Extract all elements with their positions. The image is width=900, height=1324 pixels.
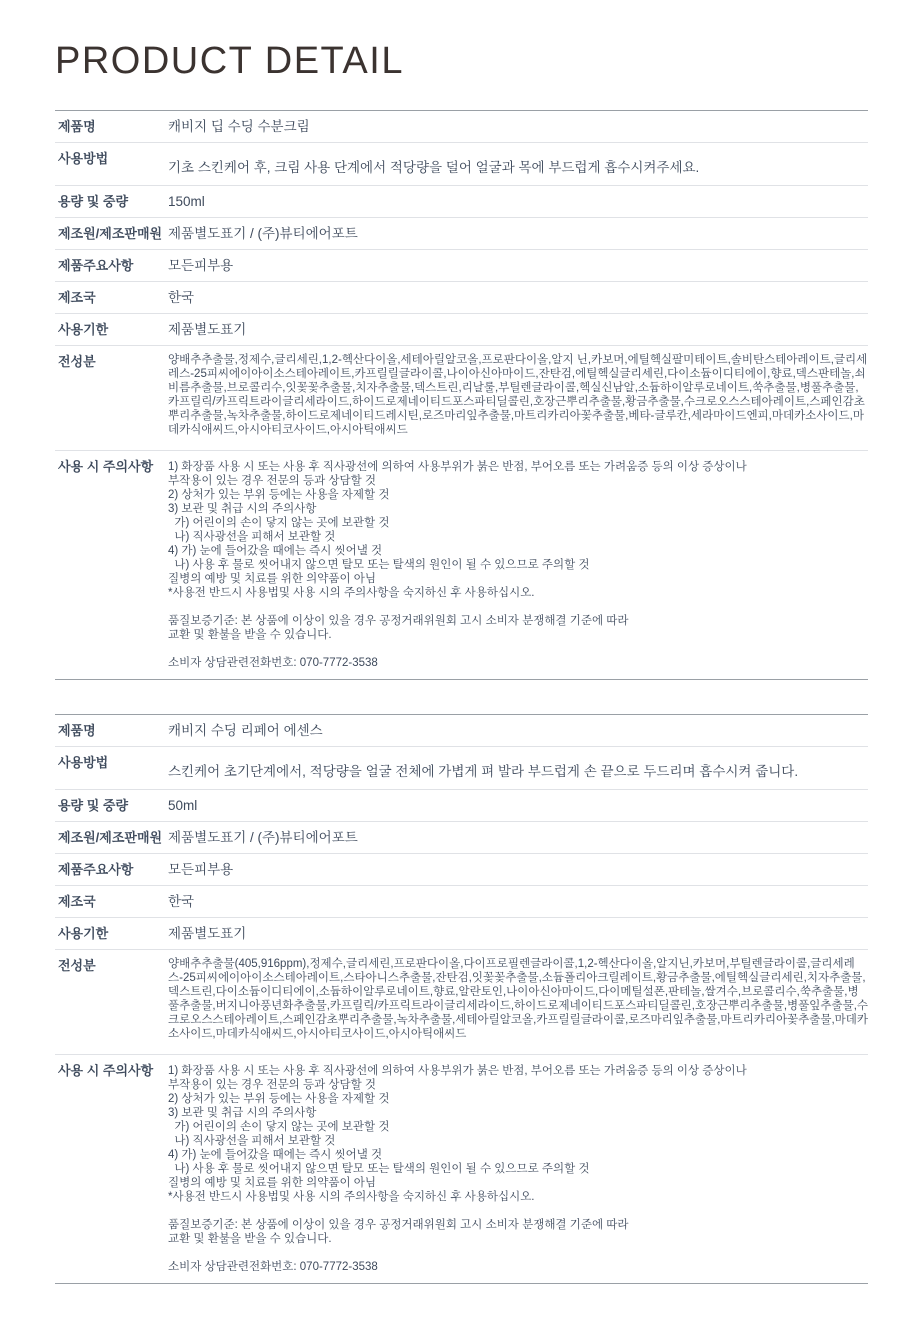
spec-row-value: 제품별도표기 / (주)뷰티에어포트	[168, 218, 868, 249]
product-spec-table: 제품명캐비지 딥 수딩 수분크림사용방법기초 스킨케어 후, 크림 사용 단계에…	[55, 110, 868, 680]
spec-row-value: 제품별도표기	[168, 918, 868, 949]
spec-row-value: 150ml	[168, 186, 868, 217]
spec-row: 용량 및 중량150ml	[55, 186, 868, 218]
spec-row: 제품명캐비지 딥 수딩 수분크림	[55, 111, 868, 143]
spec-row: 제품주요사항모든피부용	[55, 250, 868, 282]
spec-row-value: 50ml	[168, 790, 868, 821]
spec-row: 사용 시 주의사항1) 화장품 사용 시 또는 사용 후 직사광선에 의하여 사…	[55, 451, 868, 679]
spec-row-label: 사용기한	[55, 918, 168, 949]
spec-row-label: 용량 및 중량	[55, 790, 168, 821]
page-title: PRODUCT DETAIL	[55, 40, 868, 83]
spec-row-label: 제품주요사항	[55, 854, 168, 885]
spec-row-value: 양배추추출물,정제수,글리세린,1,2-헥산다이올,세테아릴알코올,프로판다이올…	[168, 346, 868, 450]
spec-row-value: 제품별도표기 / (주)뷰티에어포트	[168, 822, 868, 853]
spec-row: 사용기한제품별도표기	[55, 918, 868, 950]
spec-row-label: 제품명	[55, 715, 168, 746]
spec-row-value: 한국	[168, 282, 868, 313]
spec-row: 사용 시 주의사항1) 화장품 사용 시 또는 사용 후 직사광선에 의하여 사…	[55, 1055, 868, 1283]
spec-row-value: 1) 화장품 사용 시 또는 사용 후 직사광선에 의하여 사용부위가 붉은 반…	[168, 1055, 868, 1283]
product-spec-table: 제품명캐비지 수딩 리페어 에센스사용방법스킨케어 초기단계에서, 적당량을 얼…	[55, 714, 868, 1284]
spec-row-value: 모든피부용	[168, 854, 868, 885]
spec-row-value: 스킨케어 초기단계에서, 적당량을 얼굴 전체에 가볍게 펴 발라 부드럽게 손…	[168, 747, 868, 789]
spec-row-value: 캐비지 수딩 리페어 에센스	[168, 715, 868, 746]
spec-row: 제품명캐비지 수딩 리페어 에센스	[55, 715, 868, 747]
spec-row: 용량 및 중량50ml	[55, 790, 868, 822]
spec-row-value: 제품별도표기	[168, 314, 868, 345]
spec-row: 사용기한제품별도표기	[55, 314, 868, 346]
spec-row: 사용방법스킨케어 초기단계에서, 적당량을 얼굴 전체에 가볍게 펴 발라 부드…	[55, 747, 868, 790]
spec-row-label: 사용방법	[55, 747, 168, 789]
spec-row-label: 전성분	[55, 346, 168, 450]
spec-row: 제조국한국	[55, 282, 868, 314]
spec-row-label: 제품명	[55, 111, 168, 142]
spec-row: 제조국한국	[55, 886, 868, 918]
spec-row: 제조원/제조판매원제품별도표기 / (주)뷰티에어포트	[55, 218, 868, 250]
spec-row: 사용방법기초 스킨케어 후, 크림 사용 단계에서 적당량을 덜어 얼굴과 목에…	[55, 143, 868, 186]
spec-row-label: 용량 및 중량	[55, 186, 168, 217]
spec-row-label: 제조국	[55, 282, 168, 313]
spec-row-label: 사용 시 주의사항	[55, 451, 168, 679]
product-spec-tables: 제품명캐비지 딥 수딩 수분크림사용방법기초 스킨케어 후, 크림 사용 단계에…	[55, 110, 868, 1284]
spec-row-label: 제품주요사항	[55, 250, 168, 281]
spec-row-label: 사용 시 주의사항	[55, 1055, 168, 1283]
spec-row-label: 제조국	[55, 886, 168, 917]
spec-row-label: 제조원/제조판매원	[55, 218, 168, 249]
spec-row-value: 한국	[168, 886, 868, 917]
product-detail-page: PRODUCT DETAIL 제품명캐비지 딥 수딩 수분크림사용방법기초 스킨…	[0, 0, 900, 1324]
spec-row-label: 사용방법	[55, 143, 168, 185]
spec-row: 전성분양배추추출물(405,916ppm),정제수,글리세린,프로판다이올,다이…	[55, 950, 868, 1055]
spec-row: 제조원/제조판매원제품별도표기 / (주)뷰티에어포트	[55, 822, 868, 854]
spec-row-value: 기초 스킨케어 후, 크림 사용 단계에서 적당량을 덜어 얼굴과 목에 부드럽…	[168, 143, 868, 185]
spec-row-value: 양배추추출물(405,916ppm),정제수,글리세린,프로판다이올,다이프로필…	[168, 950, 868, 1054]
spec-row-label: 전성분	[55, 950, 168, 1054]
spec-row-value: 1) 화장품 사용 시 또는 사용 후 직사광선에 의하여 사용부위가 붉은 반…	[168, 451, 868, 679]
spec-row-label: 사용기한	[55, 314, 168, 345]
spec-row: 전성분양배추추출물,정제수,글리세린,1,2-헥산다이올,세테아릴알코올,프로판…	[55, 346, 868, 451]
spec-row: 제품주요사항모든피부용	[55, 854, 868, 886]
spec-row-value: 캐비지 딥 수딩 수분크림	[168, 111, 868, 142]
spec-row-value: 모든피부용	[168, 250, 868, 281]
spec-row-label: 제조원/제조판매원	[55, 822, 168, 853]
